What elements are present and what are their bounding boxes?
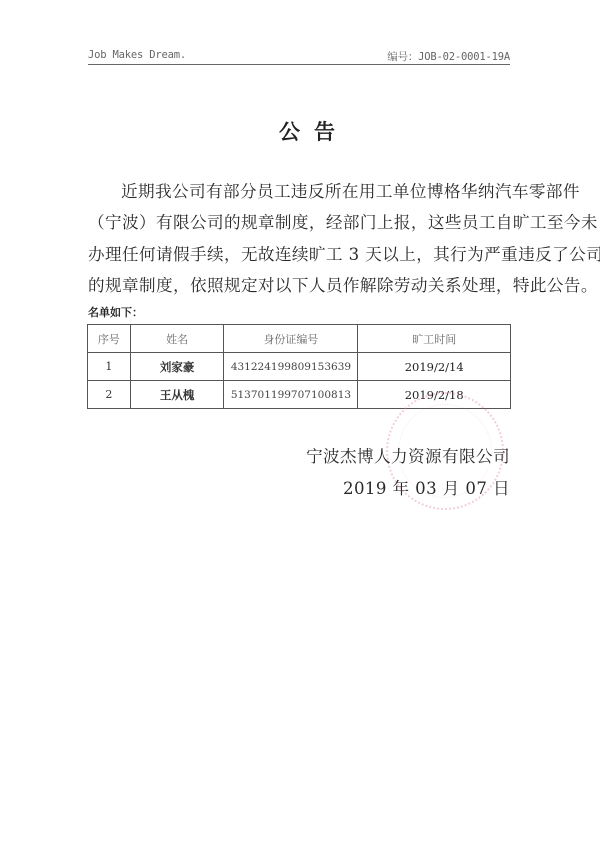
header-slogan: Job Makes Dream. [88, 49, 186, 61]
cell-absence-date: 2019/2/14 [358, 353, 511, 381]
page-header: Job Makes Dream. 编号：JOB-02-0001-19A [88, 49, 510, 65]
cell-index: 2 [88, 381, 131, 409]
notice-title: 公告 [0, 116, 600, 146]
signature-company: 宁波杰博人力资源有限公司 [306, 441, 510, 473]
body-line: 近期我公司有部分员工违反所在用工单位博格华纳汽车零部件 [88, 176, 512, 207]
cell-name: 刘家豪 [130, 353, 224, 381]
cell-name: 王从槐 [130, 381, 224, 409]
signature-date: 2019 年 03 月 07 日 [306, 473, 510, 505]
column-header-index: 序号 [88, 325, 131, 353]
body-line: （宁波）有限公司的规章制度，经部门上报，这些员工自旷工至今未 [88, 207, 512, 238]
column-header-absence-date: 旷工时间 [358, 325, 511, 353]
notice-body: 近期我公司有部分员工违反所在用工单位博格华纳汽车零部件 （宁波）有限公司的规章制… [88, 176, 512, 301]
column-header-id-number: 身份证编号 [224, 325, 358, 353]
list-label: 名单如下： [88, 304, 143, 320]
cell-id-number: 513701199707100813 [224, 381, 358, 409]
document-number-value: JOB-02-0001-19A [418, 51, 510, 63]
table-row: 1 刘家豪 431224199809153639 2019/2/14 [88, 353, 511, 381]
document-number-label: 编号： [387, 51, 418, 63]
column-header-name: 姓名 [130, 325, 224, 353]
document-number: 编号：JOB-02-0001-19A [387, 49, 510, 64]
cell-id-number: 431224199809153639 [224, 353, 358, 381]
cell-index: 1 [88, 353, 131, 381]
table-header-row: 序号 姓名 身份证编号 旷工时间 [88, 325, 511, 353]
body-line: 的规章制度，依照规定对以下人员作解除劳动关系处理，特此公告。 [88, 270, 512, 301]
signature-block: 宁波杰博人力资源有限公司 2019 年 03 月 07 日 [306, 441, 510, 505]
body-line: 办理任何请假手续，无故连续旷工 3 天以上，其行为严重违反了公司 [88, 239, 512, 270]
